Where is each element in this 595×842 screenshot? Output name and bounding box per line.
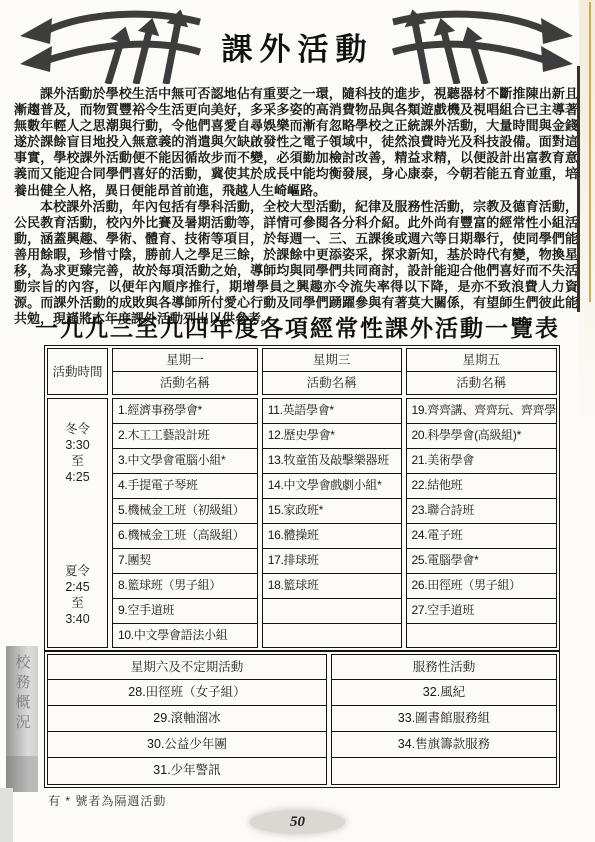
left-edge-scan-artifact: [0, 788, 13, 842]
activity-cell: 22.結他班: [407, 474, 556, 499]
winter-time-block: 冬令 3:30 至 4:25: [48, 399, 107, 485]
activity-cell: 13.牧童笛及敲擊樂器班: [263, 449, 401, 474]
activity-cell: 3.中文學會電腦小組*: [113, 449, 257, 474]
winter-to-label: 至: [48, 453, 107, 469]
right-edge-dark-line: [577, 66, 580, 312]
activity-cell: 19.齊齊講、齊齊玩、齊齊學: [407, 399, 556, 424]
activity-cell: 12.歷史學會*: [263, 424, 401, 449]
saturday-box: 星期六及不定期活動 28.田徑班（女子組） 29.滾軸溜冰 30.公益少年團 3…: [47, 654, 327, 785]
wednesday-day-label: 星期三: [263, 349, 401, 371]
summer-to-label: 至: [48, 595, 107, 611]
activity-cell: 33.圖書館服務組: [332, 706, 556, 732]
activity-cell: 18.籃球班: [263, 574, 401, 599]
activity-cell: 2.木工工藝設計班: [113, 424, 257, 449]
activity-cell: 16.體操班: [263, 524, 401, 549]
wednesday-name-label: 活動名稱: [263, 371, 401, 394]
activity-cell: 15.家政班*: [263, 499, 401, 524]
summer-season-label: 夏令: [48, 563, 107, 579]
wednesday-rows: 11.英語學會* 12.歷史學會* 13.牧童笛及敲擊樂器班 14.中文學會戲劇…: [262, 398, 402, 648]
activity-cell: [332, 758, 556, 784]
friday-column: 星期五 活動名稱 19.齊齊講、齊齊玩、齊齊學 20.科學學會(高級組)* 21…: [406, 348, 557, 648]
activity-cell: 27.空手道班: [407, 599, 556, 624]
activity-cell: [263, 624, 401, 649]
summer-time-block: 夏令 2:45 至 3:40: [48, 485, 107, 627]
monday-header: 星期一 活動名稱: [112, 348, 258, 395]
activity-cell: 21.美術學會: [407, 449, 556, 474]
friday-name-label: 活動名稱: [407, 371, 556, 394]
activity-cell: 24.電子班: [407, 524, 556, 549]
activity-cell: 4.手提電子琴班: [113, 474, 257, 499]
wednesday-header: 星期三 活動名稱: [262, 348, 402, 395]
activity-cell: 26.田徑班（男子組）: [407, 574, 556, 599]
monday-rows: 1.經濟事務學會* 2.木工工藝設計班 3.中文學會電腦小組* 4.手提電子琴班…: [112, 398, 258, 648]
activity-cell: 25.電腦學會*: [407, 549, 556, 574]
friday-header: 星期五 活動名稱: [406, 348, 557, 395]
activity-cell: 6.機械金工班（高級組）: [113, 524, 257, 549]
right-edge-scan-artifact: [579, 0, 595, 430]
activity-cell: 14.中文學會戲劇小組*: [263, 474, 401, 499]
service-header: 服務性活動: [332, 655, 556, 680]
activity-cell: 7.團契: [113, 549, 257, 574]
summer-start-time: 2:45: [48, 579, 107, 595]
footnote: 有 * 號者為隔週活動: [48, 792, 166, 809]
activity-cell: 23.聯合詩班: [407, 499, 556, 524]
intro-text: 課外活動於學校生活中無可否認地佔有重要之一環，隨科技的進步，視聽器材不斷推陳出新…: [14, 86, 578, 327]
saturday-header: 星期六及不定期活動: [48, 655, 326, 680]
page-number: 50: [250, 810, 345, 834]
winter-season-label: 冬令: [48, 421, 107, 437]
winter-end-time: 4:25: [48, 469, 107, 485]
side-tab-shadow: [6, 756, 38, 792]
activity-cell: 11.英語學會*: [263, 399, 401, 424]
activity-cell: 9.空手道班: [113, 599, 257, 624]
intro-paragraph-1: 課外活動於學校生活中無可否認地佔有重要之一環，隨科技的進步，視聽器材不斷推陳出新…: [14, 86, 578, 199]
friday-day-label: 星期五: [407, 349, 556, 371]
activity-cell: 32.風紀: [332, 680, 556, 706]
activity-cell: 30.公益少年團: [48, 732, 326, 758]
activity-cell: 20.科學學會(高級組)*: [407, 424, 556, 449]
activity-cell: 28.田徑班（女子組）: [48, 680, 326, 706]
time-column-body: 冬令 3:30 至 4:25 夏令 2:45 至 3:40: [47, 398, 108, 648]
activity-cell: 5.機械金工班（初級組）: [113, 499, 257, 524]
monday-name-label: 活動名稱: [113, 371, 257, 394]
activity-cell: [407, 624, 556, 649]
activity-cell: 8.籃球班（男子組）: [113, 574, 257, 599]
activity-cell: 1.經濟事務學會*: [113, 399, 257, 424]
winter-start-time: 3:30: [48, 437, 107, 453]
activity-cell: 31.少年警訊: [48, 758, 326, 784]
weekly-activities-table: 活動時間 冬令 3:30 至 4:25 夏令 2:45 至 3:40 星期一: [44, 345, 560, 651]
activity-cell: 17.排球班: [263, 549, 401, 574]
activity-cell: 34.售旗籌款服務: [332, 732, 556, 758]
intro-paragraph-2: 本校課外活動，年內包括有學科活動，全校大型活動，紀律及服務性活動，宗教及德育活動…: [14, 199, 578, 328]
wednesday-column: 星期三 活動名稱 11.英語學會* 12.歷史學會* 13.牧童笛及敲擊樂器班 …: [262, 348, 402, 648]
time-column: 活動時間 冬令 3:30 至 4:25 夏令 2:45 至 3:40: [47, 348, 108, 648]
monday-day-label: 星期一: [113, 349, 257, 371]
monday-column: 星期一 活動名稱 1.經濟事務學會* 2.木工工藝設計班 3.中文學會電腦小組*…: [112, 348, 258, 648]
right-edge-gold-line: [589, 2, 591, 302]
activity-cell: 10.中文學會語法小組: [113, 624, 257, 649]
activity-cell: 29.滾軸溜冰: [48, 706, 326, 732]
activity-cell: [263, 599, 401, 624]
time-column-header: 活動時間: [47, 348, 108, 395]
page-title: 課外活動: [0, 24, 595, 69]
scanned-page: 課外活動 課外活動於學校生活中無可否認地佔有重要之一環，隨科技的進步，視聽器材不…: [0, 0, 595, 842]
other-activities-table: 星期六及不定期活動 28.田徑班（女子組） 29.滾軸溜冰 30.公益少年團 3…: [44, 651, 560, 788]
service-box: 服務性活動 32.風紀 33.圖書館服務組 34.售旗籌款服務: [331, 654, 557, 785]
friday-rows: 19.齊齊講、齊齊玩、齊齊學 20.科學學會(高級組)* 21.美術學會 22.…: [406, 398, 557, 648]
summer-end-time: 3:40: [48, 611, 107, 627]
table-title: 一九九三至九四年度各項經常性課外活動一覽表: [0, 310, 595, 343]
